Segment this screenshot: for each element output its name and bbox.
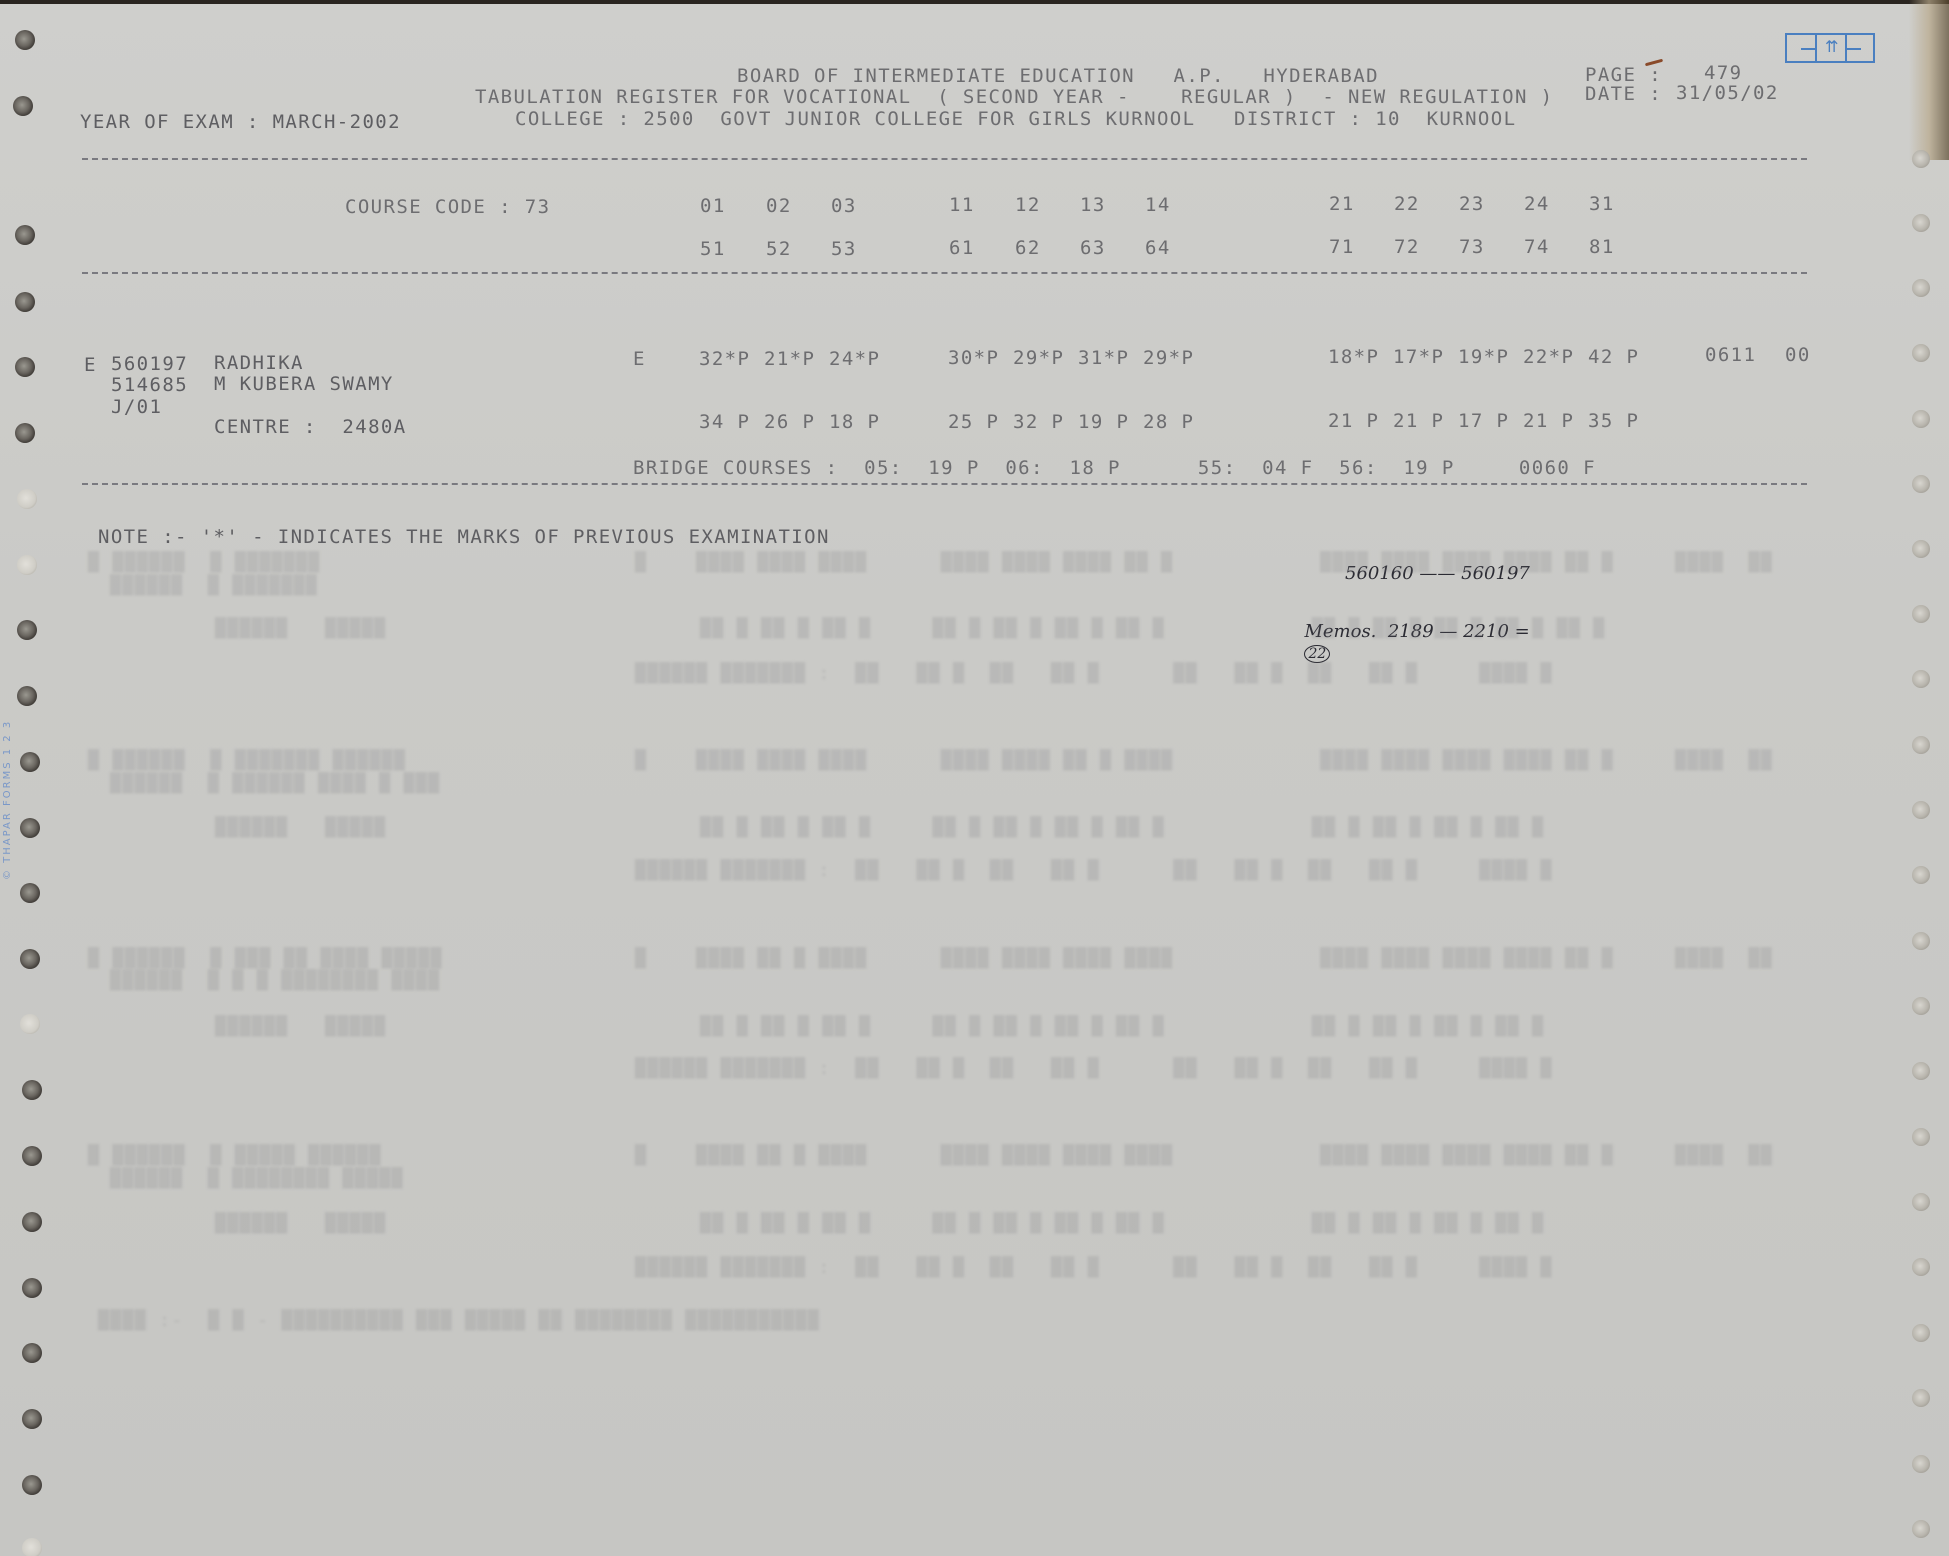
page-number: 479 xyxy=(1704,64,1743,83)
memo-count-circled: 22 xyxy=(1304,645,1330,663)
year-of-exam: YEAR OF EXAM : MARCH-2002 xyxy=(80,113,401,132)
date-label: DATE : xyxy=(1585,85,1662,104)
photo-edge xyxy=(0,0,1949,4)
group-code: J/01 xyxy=(111,398,162,417)
course-code: COURSE CODE : 73 xyxy=(345,198,550,217)
record-status: E xyxy=(84,356,97,375)
printer-logo-icon: ⇈ xyxy=(1785,33,1875,63)
form-printer-mark: © THAPAR FORMS 1 2 3 xyxy=(2,720,13,880)
student-name: RADHIKA xyxy=(214,354,304,373)
date-value: 31/05/02 xyxy=(1676,84,1779,103)
board-title: BOARD OF INTERMEDIATE EDUCATION A.P. HYD… xyxy=(737,67,1379,86)
footnote: NOTE :- '*' - INDICATES THE MARKS OF PRE… xyxy=(98,528,830,547)
college-line: COLLEGE : 2500 GOVT JUNIOR COLLEGE FOR G… xyxy=(515,110,1516,129)
register-title: TABULATION REGISTER FOR VOCATIONAL ( SEC… xyxy=(475,88,1553,107)
medium: E xyxy=(633,350,646,369)
hall-ticket: 560197 xyxy=(111,355,188,374)
divider xyxy=(82,483,1807,485)
bridge-courses: BRIDGE COURSES : 05: 19 P 06: 18 P 55: 0… xyxy=(633,459,1596,478)
paper-curl xyxy=(1909,0,1949,160)
total-marks: 0611 xyxy=(1705,346,1756,365)
result-code: 00 xyxy=(1785,346,1811,365)
reg-number: 514685 xyxy=(111,376,188,395)
divider xyxy=(82,158,1807,160)
father-name: M KUBERA SWAMY xyxy=(214,375,394,394)
exam-centre: CENTRE : 2480A xyxy=(214,418,407,437)
divider xyxy=(82,272,1807,274)
